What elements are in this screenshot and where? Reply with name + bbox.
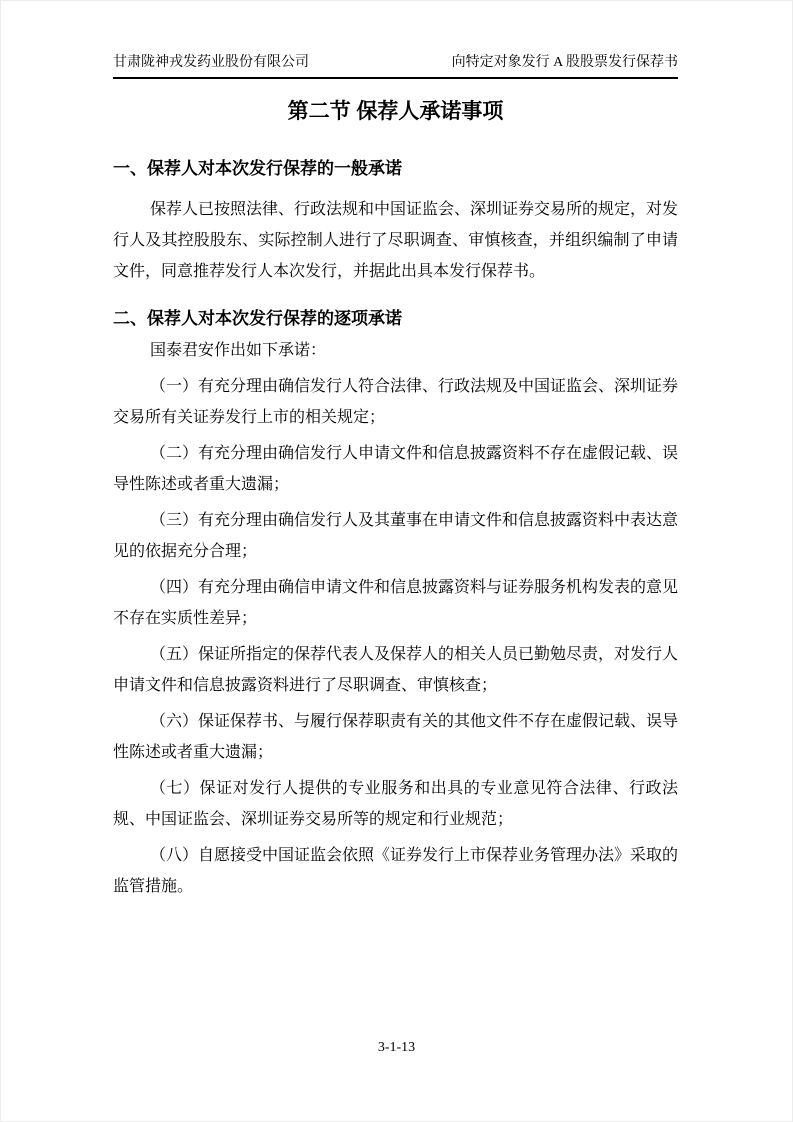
page-number: 3-1-13 xyxy=(1,1039,792,1057)
document-page: 甘肃陇神戎发药业股份有限公司 向特定对象发行 A 股股票发行保荐书 第二节 保荐… xyxy=(0,0,793,1122)
paragraph-general-commitment: 保荐人已按照法律、行政法规和中国证监会、深圳证券交易所的规定，对发行人及其控股股… xyxy=(113,194,678,287)
paragraph-item-7: （七）保证对发行人提供的专业服务和出具的专业意见符合法律、行政法规、中国证监会、… xyxy=(113,773,678,835)
header-document-title: 向特定对象发行 A 股股票发行保荐书 xyxy=(452,54,678,72)
paragraph-intro: 国泰君安作出如下承诺： xyxy=(113,335,678,366)
section-1-heading: 一、保荐人对本次发行保荐的一般承诺 xyxy=(113,158,678,180)
paragraph-item-8: （八）自愿接受中国证监会依照《证券发行上市保荐业务管理办法》采取的监管措施。 xyxy=(113,840,678,902)
page-content: 甘肃陇神戎发药业股份有限公司 向特定对象发行 A 股股票发行保荐书 第二节 保荐… xyxy=(113,1,678,902)
paragraph-item-1: （一）有充分理由确信发行人符合法律、行政法规及中国证监会、深圳证券交易所有关证券… xyxy=(113,371,678,433)
paragraph-item-2: （二）有充分理由确信发行人申请文件和信息披露资料不存在虚假记载、误导性陈述或者重… xyxy=(113,438,678,500)
section-2-heading: 二、保荐人对本次发行保荐的逐项承诺 xyxy=(113,308,678,330)
paragraph-item-5: （五）保证所指定的保荐代表人及保荐人的相关人员已勤勉尽责，对发行人申请文件和信息… xyxy=(113,639,678,701)
page-header: 甘肃陇神戎发药业股份有限公司 向特定对象发行 A 股股票发行保荐书 xyxy=(113,1,678,79)
paragraph-item-4: （四）有充分理由确信申请文件和信息披露资料与证券服务机构发表的意见不存在实质性差… xyxy=(113,572,678,634)
paragraph-item-3: （三）有充分理由确信发行人及其董事在申请文件和信息披露资料中表达意见的依据充分合… xyxy=(113,505,678,567)
header-company-name: 甘肃陇神戎发药业股份有限公司 xyxy=(113,54,309,72)
chapter-title: 第二节 保荐人承诺事项 xyxy=(113,99,678,125)
paragraph-item-6: （六）保证保荐书、与履行保荐职责有关的其他文件不存在虚假记载、误导性陈述或者重大… xyxy=(113,706,678,768)
